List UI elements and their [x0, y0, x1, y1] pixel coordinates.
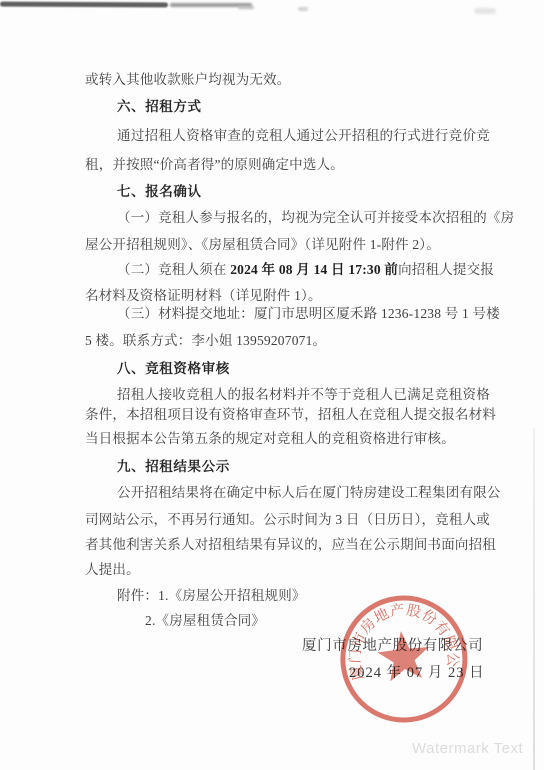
section-heading-6: 六、招租方式	[117, 98, 202, 115]
section-heading-7: 七、报名确认	[117, 183, 202, 200]
company-seal-stamp: 厦门市房地产股份有限公司	[329, 585, 478, 734]
scan-smudge	[238, 6, 254, 9]
doc-line: 通过招租人资格审查的竞租人通过公开招租的行式进行竞价竞	[117, 127, 490, 144]
doc-line: 条件，本招租项目设有资格审查环节，招租人在竞租人提交报名材料	[85, 406, 490, 423]
paragraph-continuation: 或转入其他收款账户均视为无效。	[85, 71, 291, 88]
doc-line-text: 向招租人提交报	[398, 262, 494, 277]
star-icon	[375, 628, 431, 682]
doc-line: 5 楼。联系方式：李小姐 13959207071。	[85, 332, 326, 349]
doc-line: 招租人接收竞租人的报名材料并不等于竞租人已满足竞租资格	[117, 386, 490, 403]
doc-line: 租，并按照“价高者得”的原则确定中选人。	[85, 156, 344, 173]
deadline-highlight: 2024 年 08 月 14 日 17:30 前	[230, 262, 398, 277]
doc-line: 名材料及资格证明材料（详见附件 1）。	[85, 287, 322, 304]
scan-smudge	[0, 2, 168, 8]
scan-smudge	[298, 7, 308, 11]
doc-line: 者其他利害关系人对招租结果有异议的，应当在公示期间书面向招租	[85, 536, 490, 553]
doc-line-text: （二）竞租人须在	[117, 262, 230, 277]
document-page: 或转入其他收款账户均视为无效。 六、招租方式 通过招租人资格审查的竞租人通过公开…	[0, 0, 544, 770]
doc-line: 公开招租结果将在确定中标人后在厦门特房建设工程集团有限公	[117, 484, 490, 501]
doc-line: （二）竞租人须在 2024 年 08 月 14 日 17:30 前向招租人提交报	[117, 261, 490, 278]
watermark-text: Watermark Text	[412, 740, 523, 757]
doc-line: （三）材料提交地址：厦门市思明区厦禾路 1236-1238 号 1 号楼	[117, 305, 490, 322]
attachments-line-2: 2.《房屋租赁合同》	[145, 612, 265, 629]
section-heading-9: 九、招租结果公示	[117, 458, 230, 475]
scan-smudge	[474, 8, 496, 14]
doc-line: 屋公开招租规则》、《房屋租赁合同》（详见附件 1-附件 2）。	[85, 236, 440, 253]
doc-line: （一）竞租人参与报名的，均视为完全认可并接受本次招租的《房	[117, 209, 490, 226]
doc-line: 当日根据本公告第五条的规定对竞租人的竞租资格进行审核。	[85, 430, 455, 447]
attachments-line-1: 附件：1.《房屋公开招租规则》	[117, 587, 306, 604]
doc-line: 司网站公示，不再另行通知。公示时间为 3 日（日历日），竞租人或	[85, 511, 490, 528]
doc-line: 人提出。	[85, 561, 140, 578]
section-heading-8: 八、竞租资格审核	[117, 360, 230, 377]
page-edge-line	[533, 428, 535, 770]
